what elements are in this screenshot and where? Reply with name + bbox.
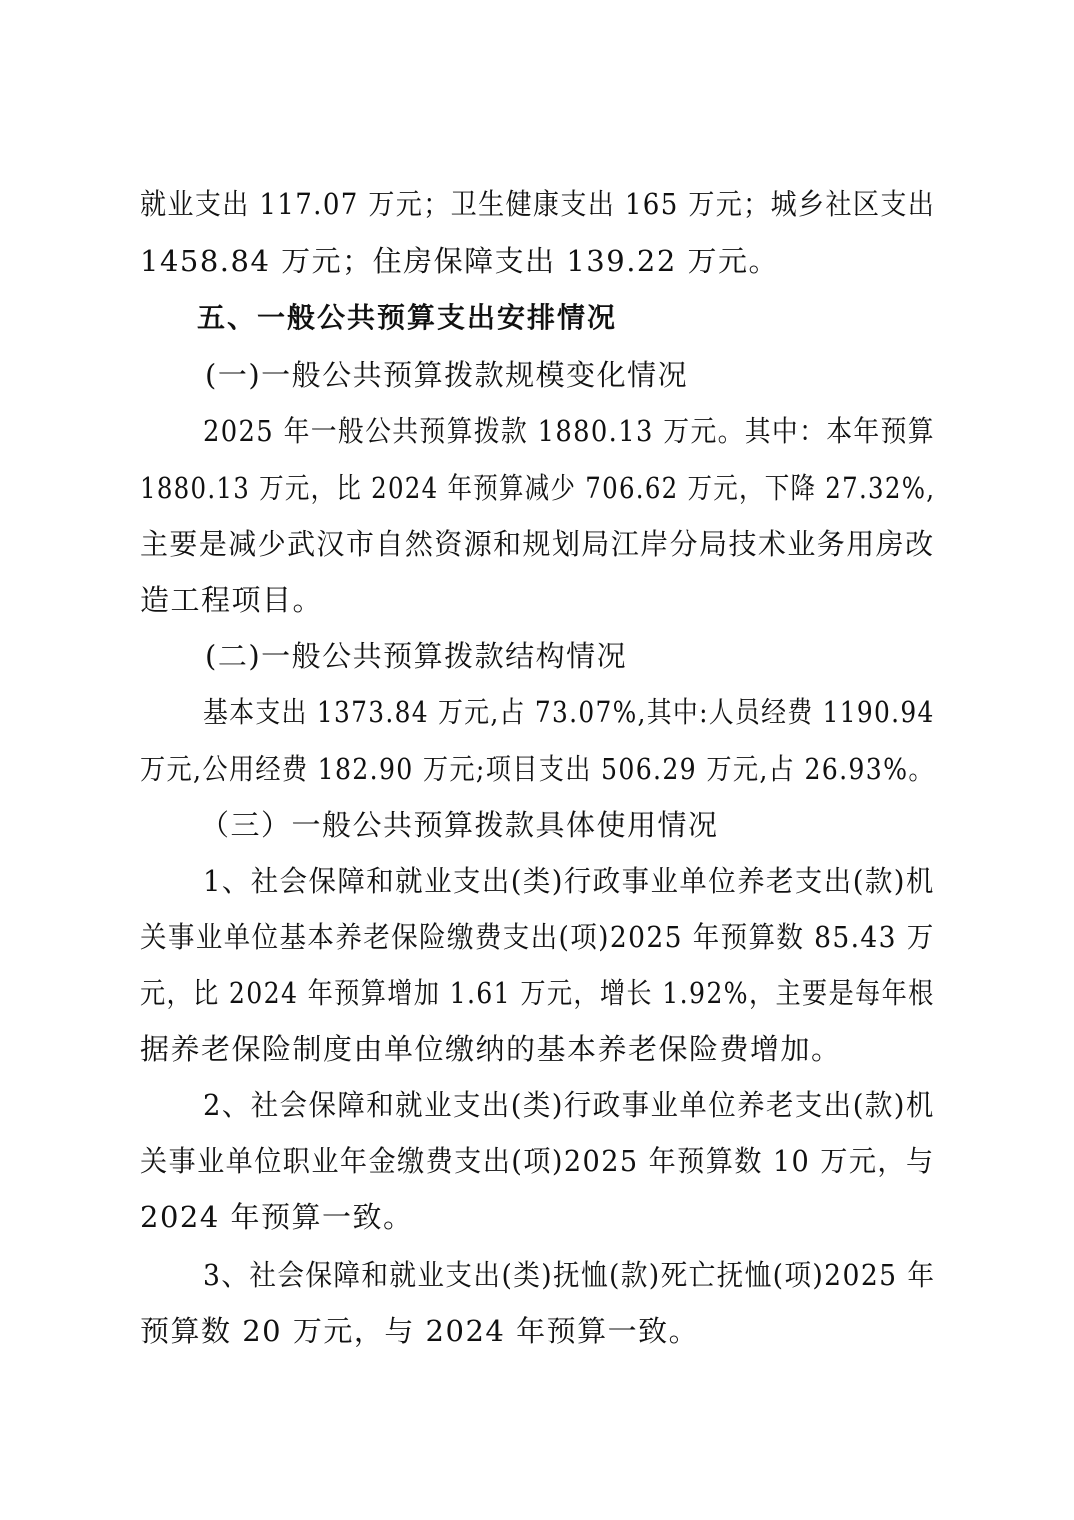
paragraph-line: 造工程项目。 — [140, 580, 323, 620]
paragraph-line: 2024 年预算一致。 — [140, 1197, 414, 1237]
paragraph-line: 2、社会保障和就业支出(类)行政事业单位养老支出(款)机 — [203, 1085, 935, 1125]
paragraph-line: 1458.84 万元；住房保障支出 139.22 万元。 — [140, 241, 779, 281]
paragraph-line: 2025 年一般公共预算拨款 1880.13 万元。其中：本年预算 — [203, 411, 935, 451]
paragraph-line: 万元,公用经费 182.90 万元;项目支出 506.29 万元,占 26.93… — [140, 749, 935, 789]
section-heading: 五、一般公共预算支出安排情况 — [197, 298, 617, 338]
subsection-heading: (一)一般公共预算拨款规模变化情况 — [205, 355, 688, 395]
paragraph-line: 元，比 2024 年预算增加 1.61 万元，增长 1.92%，主要是每年根 — [140, 973, 935, 1013]
paragraph-line: 就业支出 117.07 万元；卫生健康支出 165 万元；城乡社区支出 — [140, 184, 935, 224]
paragraph-line: 主要是减少武汉市自然资源和规划局江岸分局技术业务用房改 — [140, 524, 935, 564]
paragraph-line: 3、社会保障和就业支出(类)抚恤(款)死亡抚恤(项)2025 年 — [203, 1255, 935, 1295]
document-page: 就业支出 117.07 万元；卫生健康支出 165 万元；城乡社区支出 1458… — [0, 0, 1074, 1520]
subsection-heading: （三）一般公共预算拨款具体使用情况 — [200, 805, 719, 845]
paragraph-line: 基本支出 1373.84 万元,占 73.07%,其中:人员经费 1190.94 — [203, 692, 935, 732]
subsection-heading: (二)一般公共预算拨款结构情况 — [205, 636, 627, 676]
paragraph-line: 预算数 20 万元，与 2024 年预算一致。 — [140, 1311, 699, 1351]
paragraph-line: 关事业单位基本养老保险缴费支出(项)2025 年预算数 85.43 万 — [140, 917, 935, 957]
paragraph-line: 关事业单位职业年金缴费支出(项)2025 年预算数 10 万元，与 — [140, 1141, 935, 1181]
paragraph-line: 1880.13 万元，比 2024 年预算减少 706.62 万元，下降 27.… — [140, 468, 935, 508]
paragraph-line: 据养老保险制度由单位缴纳的基本养老保险费增加。 — [140, 1029, 842, 1069]
paragraph-line: 1、社会保障和就业支出(类)行政事业单位养老支出(款)机 — [203, 861, 935, 901]
